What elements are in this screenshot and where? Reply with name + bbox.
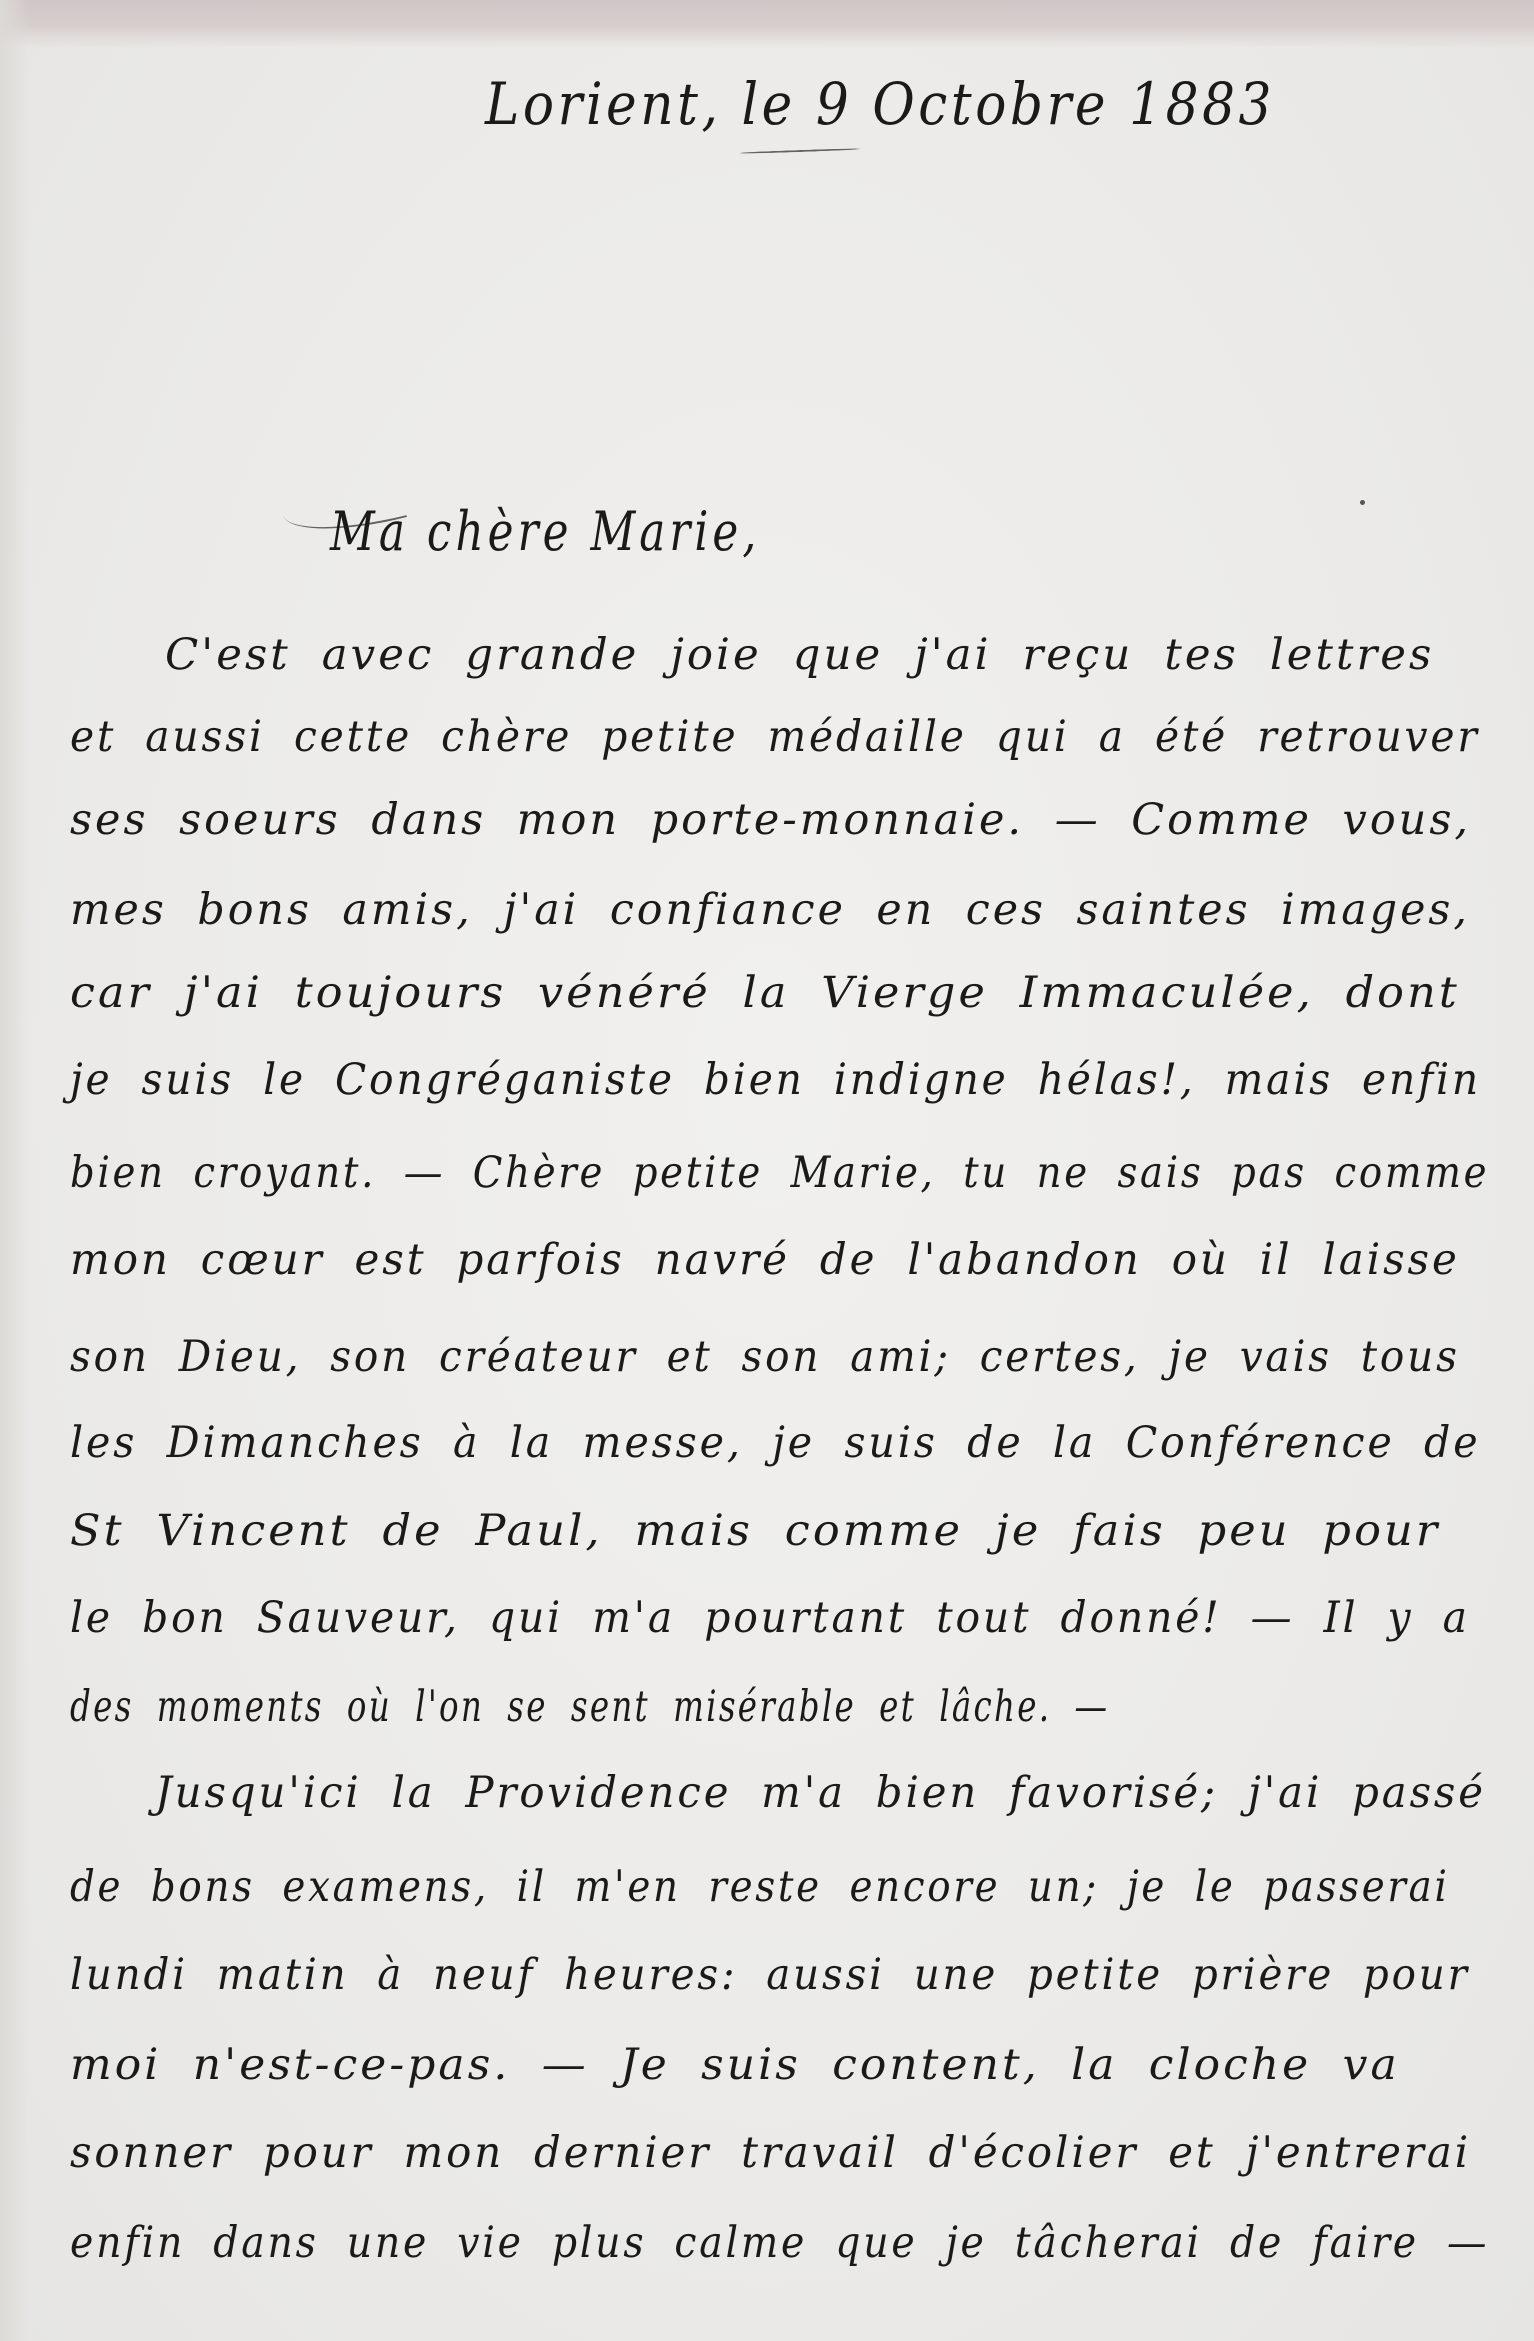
letter-line: mon cœur est parfois navré de l'abandon … xyxy=(70,1235,1460,1285)
letter-line: St Vincent de Paul, mais comme je fais p… xyxy=(70,1506,1440,1556)
letter-line: bien croyant. — Chère petite Marie, tu n… xyxy=(70,1148,1489,1198)
letter-line: son Dieu, son créateur et son ami; certe… xyxy=(70,1332,1460,1382)
letter-line: mes bons amis, j'ai confiance en ces sai… xyxy=(70,885,1470,935)
letter-line: le bon Sauveur, qui m'a pourtant tout do… xyxy=(70,1593,1470,1643)
letter-line: sonner pour mon dernier travail d'écolie… xyxy=(70,2128,1471,2178)
page-top-edge xyxy=(0,0,1534,48)
letter-line: Jusqu'ici la Providence m'a bien favoris… xyxy=(155,1768,1486,1818)
ink-dot xyxy=(1360,500,1365,505)
letter-line: de bons examens, il m'en reste encore un… xyxy=(70,1862,1450,1912)
letter-line: moi n'est-ce-pas. — Je suis content, la … xyxy=(70,2040,1400,2090)
letter-line: lundi matin à neuf heures: aussi une pet… xyxy=(70,1950,1470,2000)
letter-salutation: Ma chère Marie, xyxy=(330,500,760,563)
letter-line: et aussi cette chère petite médaille qui… xyxy=(70,712,1480,762)
letter-line: les Dimanches à la messe, je suis de la … xyxy=(70,1418,1480,1468)
letter-line: je suis le Congréganiste bien indigne hé… xyxy=(70,1055,1481,1105)
letter-line: enfin dans une vie plus calme que je tâc… xyxy=(70,2218,1489,2268)
letter-line: C'est avec grande joie que j'ai reçu tes… xyxy=(165,630,1434,680)
letter-line: ses soeurs dans mon porte-monnaie. — Com… xyxy=(70,795,1471,845)
page-left-edge xyxy=(0,0,30,2341)
letter-line: des moments où l'on se sent misérable et… xyxy=(70,1682,1109,1732)
letter-dateline: Lorient, le 9 Octobre 1883 xyxy=(485,70,1275,138)
letter-line: car j'ai toujours vénéré la Vierge Immac… xyxy=(70,968,1460,1018)
